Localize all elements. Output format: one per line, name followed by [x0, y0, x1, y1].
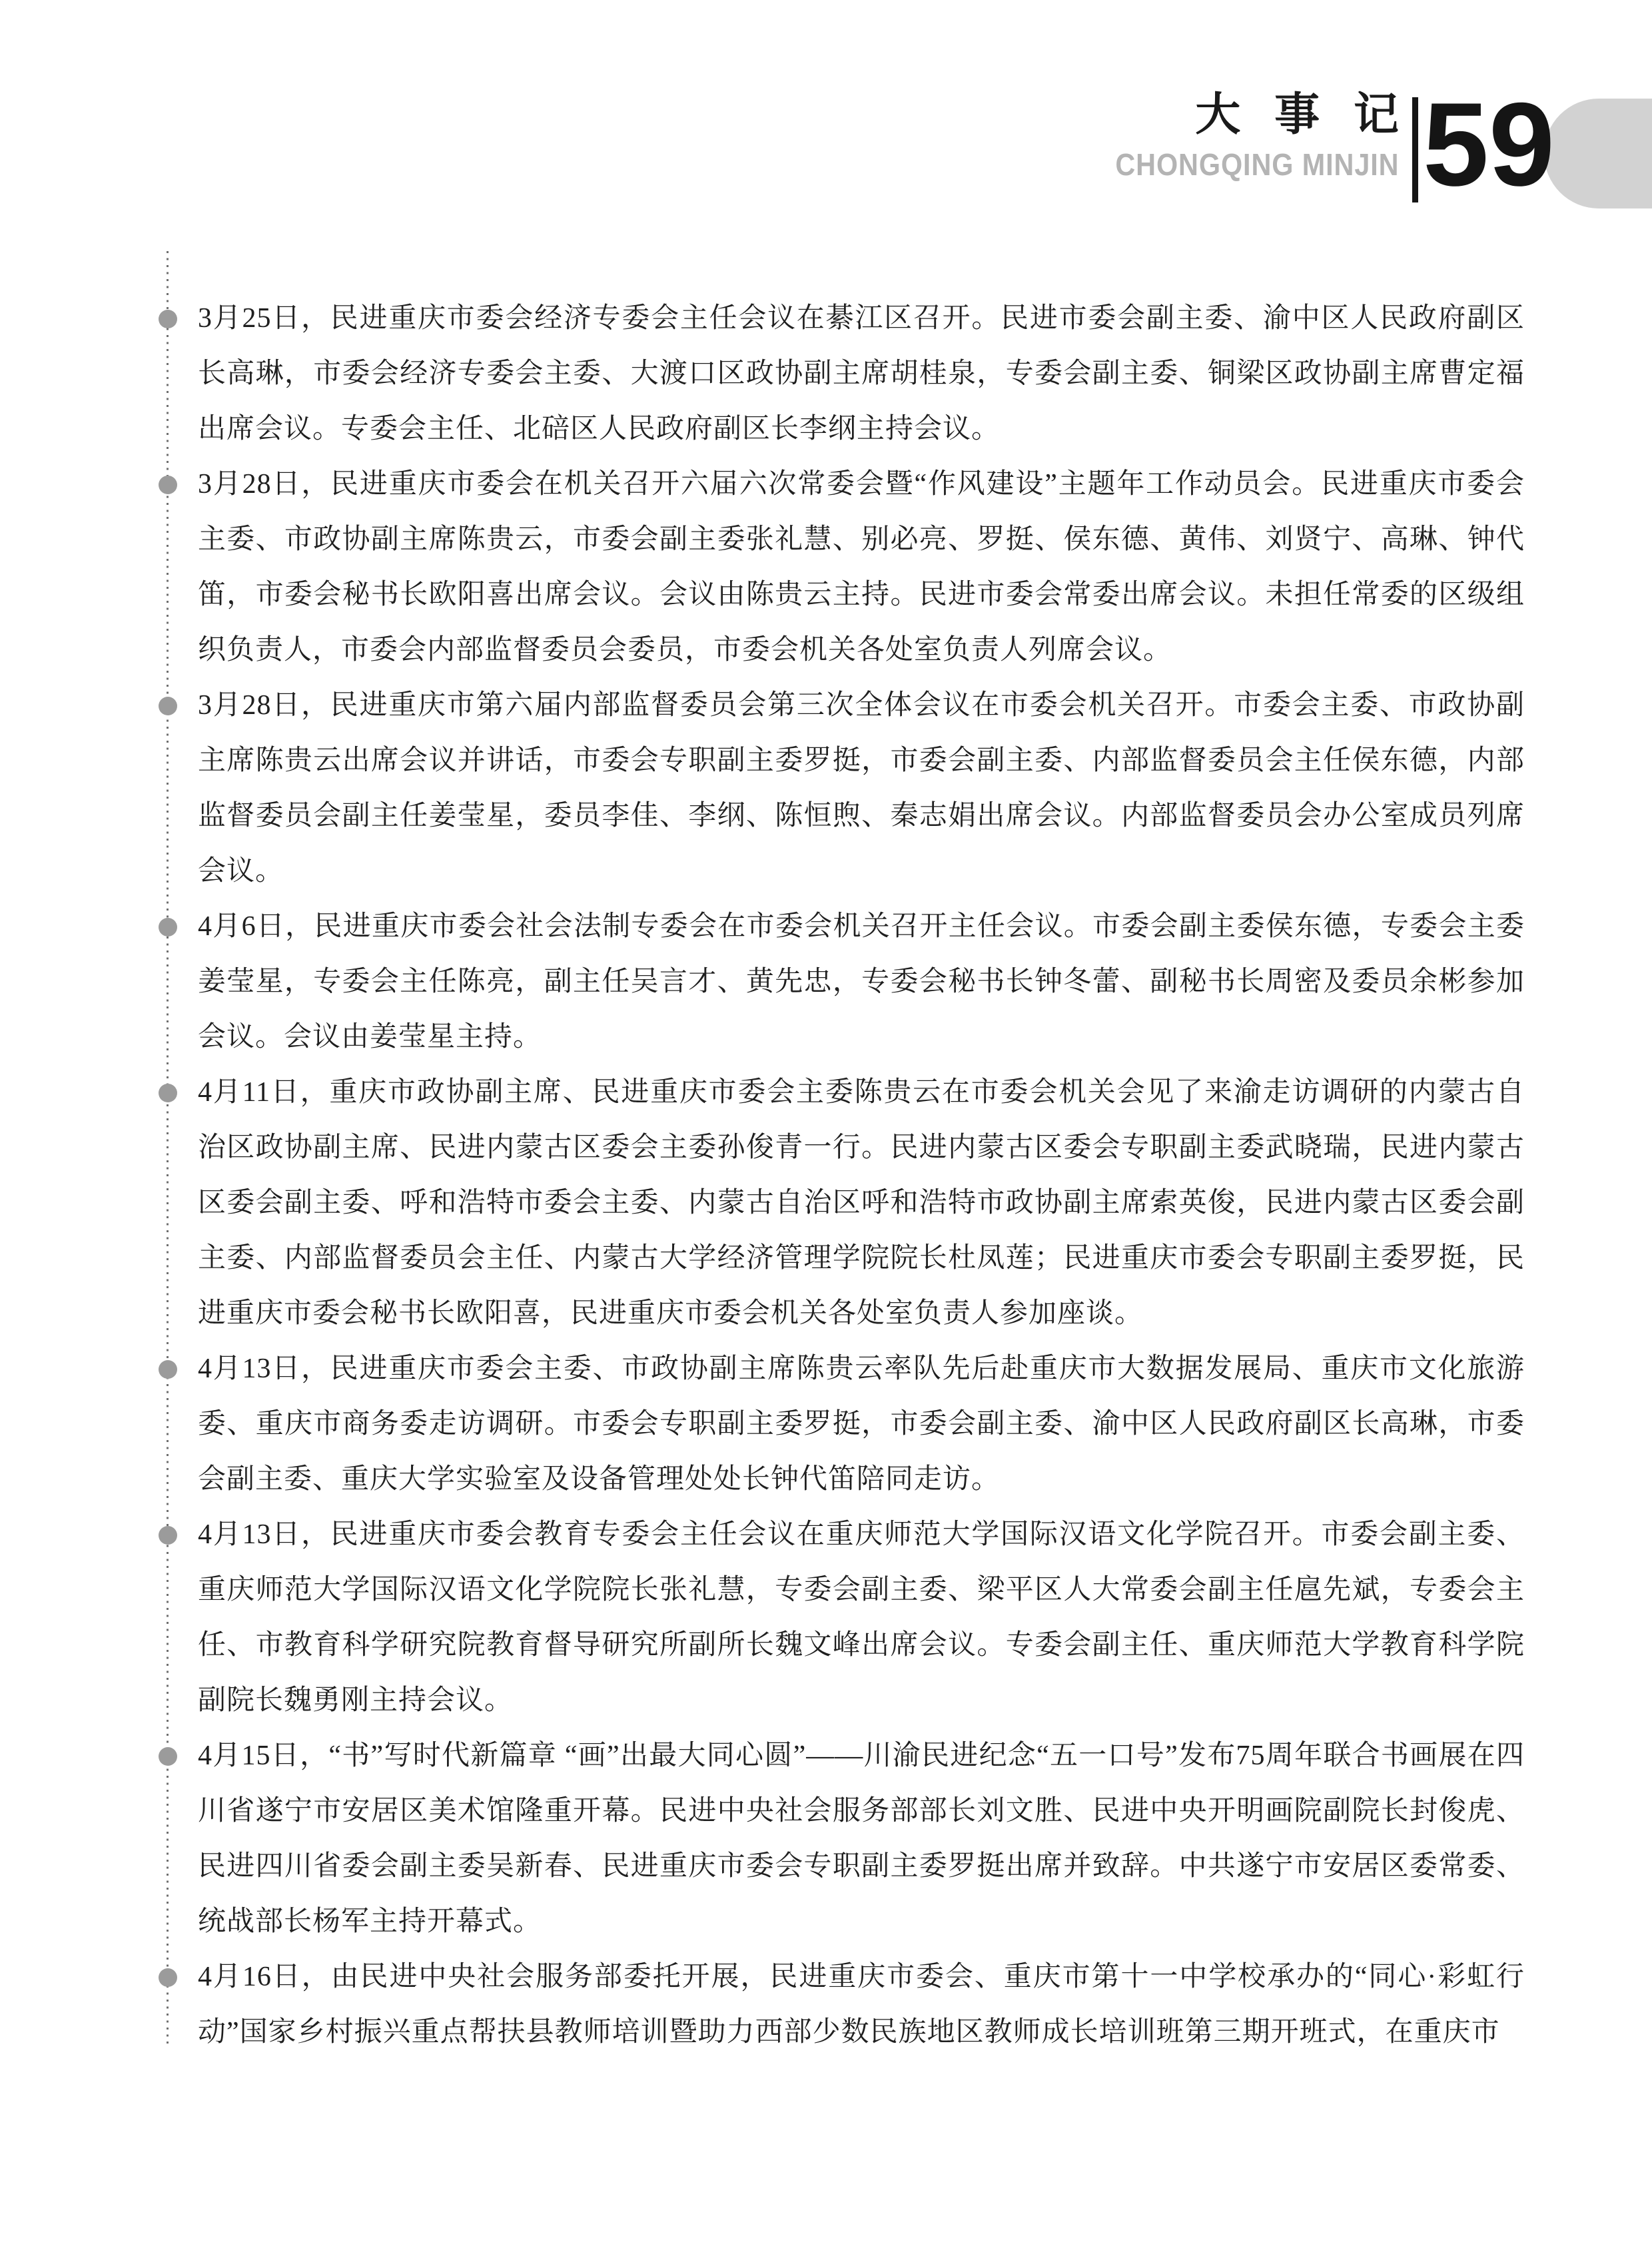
event-text: 4月13日，民进重庆市委会主委、市政协副主席陈贵云率队先后赴重庆市大数据发展局、…	[198, 1353, 1525, 1495]
bullet-icon	[159, 310, 177, 328]
bullet-icon	[159, 1747, 177, 1766]
event-paragraph: 4月11日，重庆市政协副主席、民进重庆市委会主委陈贵云在市委会机关会见了来渝走访…	[198, 1065, 1525, 1341]
bullet-icon	[159, 918, 177, 936]
event-paragraph: 3月25日，民进重庆市委会经济专委会主任会议在綦江区召开。民进市委会副主委、渝中…	[198, 291, 1525, 457]
event-paragraph: 4月15日，“书”写时代新篇章 “画”出最大同心圆”——川渝民进纪念“五一口号”…	[198, 1728, 1525, 1950]
bullet-icon	[159, 697, 177, 715]
events-list: 3月25日，民进重庆市委会经济专委会主任会议在綦江区召开。民进市委会副主委、渝中…	[198, 291, 1525, 2060]
timeline-dotted-rule	[167, 251, 169, 2046]
bullet-icon	[159, 1084, 177, 1102]
yearbook-page: { "header": { "title": "大 事 记", "subtitl…	[0, 0, 1652, 2242]
event-paragraph: 3月28日，民进重庆市第六届内部监督委员会第三次全体会议在市委会机关召开。市委会…	[198, 678, 1525, 899]
event-paragraph: 4月6日，民进重庆市委会社会法制专委会在市委会机关召开主任会议。市委会副主委侯东…	[198, 899, 1525, 1065]
event-paragraph: 4月13日，民进重庆市委会教育专委会主任会议在重庆师范大学国际汉语文化学院召开。…	[198, 1507, 1525, 1728]
event-paragraph: 3月28日，民进重庆市委会在机关召开六届六次常委会暨“作风建设”主题年工作动员会…	[198, 457, 1525, 678]
event-text: 4月15日，“书”写时代新篇章 “画”出最大同心圆”——川渝民进纪念“五一口号”…	[198, 1740, 1525, 1937]
page-title: 大 事 记	[1195, 92, 1410, 137]
bullet-icon	[159, 1968, 177, 1987]
corner-tab	[1544, 99, 1652, 208]
event-text: 4月16日，由民进中央社会服务部委托开展，民进重庆市委会、重庆市第十一中学校承办…	[198, 1962, 1525, 2048]
bullet-icon	[159, 1360, 177, 1379]
header-divider	[1412, 97, 1418, 202]
page-subtitle: CHONGQING MINJIN	[1115, 149, 1399, 180]
event-text: 3月25日，民进重庆市委会经济专委会主任会议在綦江区召开。民进市委会副主委、渝中…	[198, 303, 1525, 444]
event-paragraph: 4月16日，由民进中央社会服务部委托开展，民进重庆市委会、重庆市第十一中学校承办…	[198, 1950, 1525, 2060]
event-text: 4月6日，民进重庆市委会社会法制专委会在市委会机关召开主任会议。市委会副主委侯东…	[198, 911, 1525, 1052]
bullet-icon	[159, 476, 177, 494]
event-text: 4月13日，民进重庆市委会教育专委会主任会议在重庆师范大学国际汉语文化学院召开。…	[198, 1519, 1525, 1716]
page-number: 59	[1423, 85, 1555, 204]
event-text: 4月11日，重庆市政协副主席、民进重庆市委会主委陈贵云在市委会机关会见了来渝走访…	[198, 1077, 1525, 1329]
event-paragraph: 4月13日，民进重庆市委会主委、市政协副主席陈贵云率队先后赴重庆市大数据发展局、…	[198, 1341, 1525, 1507]
bullet-icon	[159, 1526, 177, 1545]
event-text: 3月28日，民进重庆市第六届内部监督委员会第三次全体会议在市委会机关召开。市委会…	[198, 690, 1525, 887]
event-text: 3月28日，民进重庆市委会在机关召开六届六次常委会暨“作风建设”主题年工作动员会…	[198, 469, 1525, 665]
